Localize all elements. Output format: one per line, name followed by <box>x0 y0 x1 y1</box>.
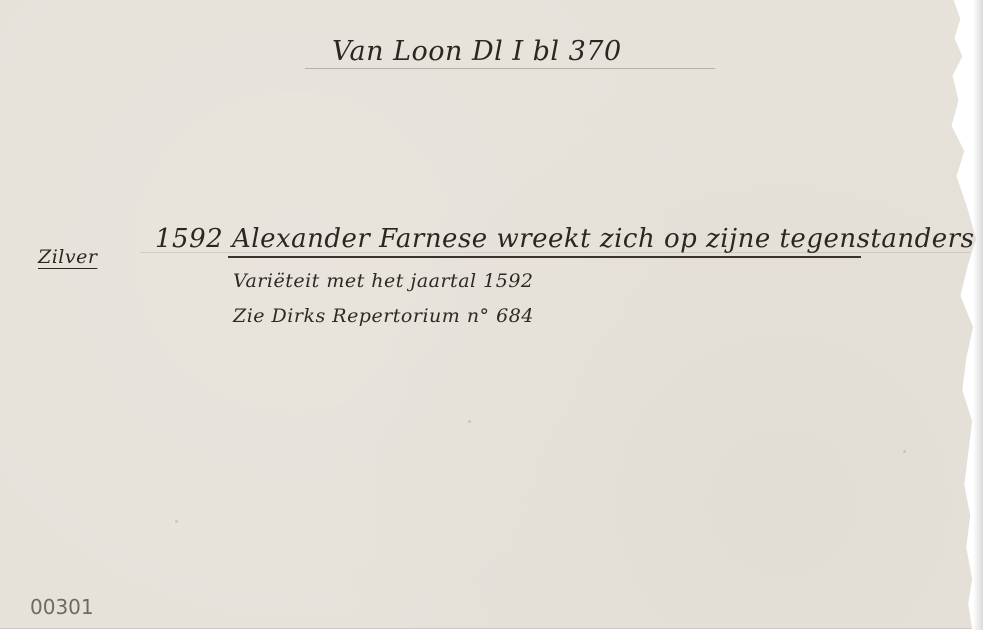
index-card: Van Loon Dl I bl 370 Zilver 1592 Alexand… <box>0 0 978 629</box>
entry-year: 1592 <box>155 224 223 254</box>
torn-edge-shadow <box>973 0 983 630</box>
category-label: Zilver <box>38 246 97 268</box>
entry-note-reference: Zie Dirks Repertorium n° 684 <box>233 305 534 327</box>
reference-header: Van Loon Dl I bl 370 <box>332 36 622 67</box>
entry-title: Alexander Farnese wreekt zich op zijne t… <box>232 224 974 254</box>
header-rule <box>305 68 715 69</box>
paper-speck <box>175 520 178 523</box>
paper-speck <box>468 420 471 423</box>
paper-speck <box>903 450 906 453</box>
entry-note-variety: Variëteit met het jaartal 1592 <box>233 270 534 292</box>
catalog-number: 00301 <box>30 595 94 619</box>
entry-title-underline <box>228 256 861 258</box>
